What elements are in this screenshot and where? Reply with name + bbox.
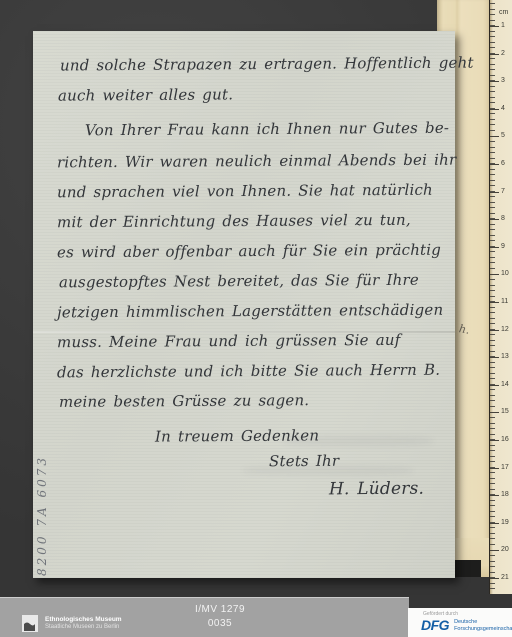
dfg-logo: DFG Deutsche Forschungsgemeinschaft xyxy=(421,617,512,633)
ruler-number: 21 xyxy=(501,574,512,581)
ruler-cm-tick xyxy=(490,247,499,248)
ruler-minor-tick xyxy=(490,20,495,21)
ruler-minor-tick xyxy=(490,152,495,153)
ruler-minor-tick xyxy=(490,307,495,308)
ruler-minor-tick xyxy=(490,64,495,65)
ruler-cm-tick xyxy=(490,54,499,55)
ruler-minor-tick xyxy=(490,533,495,534)
ruler-minor-tick xyxy=(490,527,495,528)
ruler-minor-tick xyxy=(490,472,495,473)
ruler-minor-tick xyxy=(490,340,495,341)
handwriting-line: auch weiter alles gut. xyxy=(58,85,233,104)
ruler-cm-tick xyxy=(490,578,499,579)
ruler-cm-tick xyxy=(490,81,499,82)
ruler-number: 19 xyxy=(501,519,512,526)
ruler-minor-tick xyxy=(490,235,495,236)
ruler-cm-tick xyxy=(490,468,499,469)
ruler-minor-tick xyxy=(490,69,495,70)
ruler-minor-tick xyxy=(490,3,495,4)
ruler-minor-tick xyxy=(490,279,495,280)
ruler-minor-tick xyxy=(490,461,495,462)
handwriting-line: es wird aber offenbar auch für Sie ein p… xyxy=(57,241,441,262)
ruler-minor-tick xyxy=(490,572,495,573)
ruler-number: 1 xyxy=(501,22,512,29)
ruler-cm-tick xyxy=(490,523,499,524)
reference-block: I/MV 1279 0035 xyxy=(120,604,320,629)
ruler-number: 11 xyxy=(501,298,512,305)
ruler-minor-tick xyxy=(490,180,495,181)
ruler-minor-tick xyxy=(490,566,495,567)
handwriting-line: mit der Einrichtung des Hauses viel zu t… xyxy=(57,211,411,231)
ruler-cm-tick xyxy=(490,109,499,110)
museum-logo-icon xyxy=(22,615,38,632)
ruler-number: 17 xyxy=(501,464,512,471)
ruler-number: 15 xyxy=(501,408,512,415)
ruler-minor-tick xyxy=(490,538,495,539)
ruler-minor-tick xyxy=(490,36,495,37)
ruler-number: 3 xyxy=(501,77,512,84)
ruler-minor-tick xyxy=(490,124,495,125)
ruler-cm-tick xyxy=(490,495,499,496)
ruler-minor-tick xyxy=(490,58,495,59)
funding-card: Gefördert durch DFG Deutsche Forschungsg… xyxy=(408,608,512,637)
handwriting-line: richten. Wir waren neulich einmal Abends… xyxy=(57,151,456,172)
ruler-minor-tick xyxy=(490,262,495,263)
museum-name: Ethnologisches Museum xyxy=(45,616,122,624)
ruler-minor-tick xyxy=(490,417,495,418)
handwriting-line: und solche Strapazen zu ertragen. Hoffen… xyxy=(60,54,474,75)
ruler-number: 4 xyxy=(501,105,512,112)
ruler-minor-tick xyxy=(490,450,495,451)
archive-photo: 32 h. cm 1234567891011121314151617181920… xyxy=(0,0,512,637)
ruler-minor-tick xyxy=(490,97,495,98)
museum-text: Ethnologisches Museum Staatliche Museen … xyxy=(45,616,122,631)
ruler-cm-tick xyxy=(490,412,499,413)
dfg-name-line2: Forschungsgemeinschaft xyxy=(454,626,512,633)
museum-subtitle: Staatliche Museen zu Berlin xyxy=(45,624,122,631)
ruler: cm 123456789101112131415161718192021 xyxy=(489,0,512,594)
ruler-minor-tick xyxy=(490,158,495,159)
ruler-minor-tick xyxy=(490,505,495,506)
ruler-number: 8 xyxy=(501,215,512,222)
ruler-cm-tick xyxy=(490,330,499,331)
ruler-minor-tick xyxy=(490,14,495,15)
closing-line: Stets Ihr xyxy=(269,452,339,470)
ruler-minor-tick xyxy=(490,351,495,352)
ruler-minor-tick xyxy=(490,185,495,186)
ruler-minor-tick xyxy=(490,268,495,269)
ruler-number: 18 xyxy=(501,491,512,498)
ruler-minor-tick xyxy=(490,169,495,170)
ruler-minor-tick xyxy=(490,202,495,203)
footer-bar: Ethnologisches Museum Staatliche Museen … xyxy=(0,597,409,637)
ruler-number: 7 xyxy=(501,188,512,195)
inventory-id: I/MV 1279 xyxy=(120,604,320,615)
ruler-minor-tick xyxy=(490,345,495,346)
museum-branding: Ethnologisches Museum Staatliche Museen … xyxy=(22,615,122,632)
pencil-note: h. xyxy=(458,322,471,337)
ruler-minor-tick xyxy=(490,9,495,10)
ruler-cm-tick xyxy=(490,136,499,137)
ruler-number: 6 xyxy=(501,160,512,167)
ruler-cm-tick xyxy=(490,164,499,165)
ruler-minor-tick xyxy=(490,588,495,589)
ruler-number: 10 xyxy=(501,270,512,277)
ruler-number: 13 xyxy=(501,353,512,360)
ruler-minor-tick xyxy=(490,395,495,396)
ruler-minor-tick xyxy=(490,516,495,517)
ruler-minor-tick xyxy=(490,213,495,214)
ruler-cm-tick xyxy=(490,550,499,551)
ruler-minor-tick xyxy=(490,367,495,368)
ruler-minor-tick xyxy=(490,31,495,32)
ruler-cm-tick xyxy=(490,357,499,358)
ruler-minor-tick xyxy=(490,511,495,512)
ruler-minor-tick xyxy=(490,373,495,374)
ruler-minor-tick xyxy=(490,561,495,562)
ruler-minor-tick xyxy=(490,290,495,291)
ruler-number: 12 xyxy=(501,326,512,333)
handwriting-line: meine besten Grüsse zu sagen. xyxy=(59,391,309,411)
ruler-minor-tick xyxy=(490,312,495,313)
ruler-minor-tick xyxy=(490,334,495,335)
ruler-minor-tick xyxy=(490,434,495,435)
handwriting-line: ausgestopftes Nest bereitet, das Sie für… xyxy=(59,271,419,292)
handwriting-line: muss. Meine Frau und ich grüssen Sie auf xyxy=(57,331,401,351)
clip-shadow xyxy=(455,560,481,577)
ruler-number: 9 xyxy=(501,243,512,250)
ruler-minor-tick xyxy=(490,229,495,230)
ruler-minor-tick xyxy=(490,423,495,424)
ruler-minor-tick xyxy=(490,489,495,490)
ruler-minor-tick xyxy=(490,75,495,76)
ruler-cm-tick xyxy=(490,274,499,275)
ruler-minor-tick xyxy=(490,296,495,297)
ruler-minor-tick xyxy=(490,323,495,324)
ruler-minor-tick xyxy=(490,130,495,131)
ruler-cm-tick xyxy=(490,192,499,193)
ruler-minor-tick xyxy=(490,91,495,92)
ruler-minor-tick xyxy=(490,400,495,401)
ruler-minor-tick xyxy=(490,251,495,252)
handwriting-line: Von Ihrer Frau kann ich Ihnen nur Gutes … xyxy=(85,119,449,140)
ruler-minor-tick xyxy=(490,174,495,175)
handwriting-line: jetzigen himmlischen Lagerstätten entsch… xyxy=(57,301,443,322)
ruler-minor-tick xyxy=(490,389,495,390)
ruler-minor-tick xyxy=(490,113,495,114)
ruler-minor-tick xyxy=(490,240,495,241)
ruler-minor-tick xyxy=(490,147,495,148)
ruler-minor-tick xyxy=(490,555,495,556)
ruler-number: 2 xyxy=(501,50,512,57)
ruler-cm-tick xyxy=(490,219,499,220)
dfg-wordmark: DFG xyxy=(421,617,449,633)
ruler-minor-tick xyxy=(490,428,495,429)
ruler-minor-tick xyxy=(490,500,495,501)
scan-viewer: 32 h. cm 1234567891011121314151617181920… xyxy=(0,0,512,637)
closing-line: In treuem Gedenken xyxy=(155,426,319,445)
ruler-minor-tick xyxy=(490,406,495,407)
letter-page: und solche Strapazen zu ertragen. Hoffen… xyxy=(33,31,455,578)
ruler-minor-tick xyxy=(490,362,495,363)
ruler-cm-tick xyxy=(490,302,499,303)
ruler-minor-tick xyxy=(490,207,495,208)
ruler-minor-tick xyxy=(490,583,495,584)
signature-line: H. Lüders. xyxy=(329,479,424,500)
margin-inventory-note: 8200 7A 6073 xyxy=(35,391,49,576)
handwriting-line: das herzlichste und ich bitte Sie auch H… xyxy=(57,361,440,382)
ruler-number: 14 xyxy=(501,381,512,388)
ruler-minor-tick xyxy=(490,285,495,286)
ruler-minor-tick xyxy=(490,318,495,319)
ruler-number: 20 xyxy=(501,546,512,553)
ruler-cm-tick xyxy=(490,26,499,27)
ruler-minor-tick xyxy=(490,141,495,142)
ruler-unit-label: cm xyxy=(499,9,508,16)
ruler-minor-tick xyxy=(490,102,495,103)
ruler-minor-tick xyxy=(490,196,495,197)
ruler-minor-tick xyxy=(490,224,495,225)
ruler-cm-tick xyxy=(490,385,499,386)
ruler-minor-tick xyxy=(490,86,495,87)
ruler-minor-tick xyxy=(490,445,495,446)
ruler-minor-tick xyxy=(490,478,495,479)
ruler-minor-tick xyxy=(490,483,495,484)
ruler-minor-tick xyxy=(490,119,495,120)
dfg-name: Deutsche Forschungsgemeinschaft xyxy=(454,619,512,632)
ruler-minor-tick xyxy=(490,456,495,457)
ruler-minor-tick xyxy=(490,42,495,43)
handwriting-line: und sprachen viel von Ihnen. Sie hat nat… xyxy=(57,181,433,202)
ruler-minor-tick xyxy=(490,544,495,545)
ruler-number: 16 xyxy=(501,436,512,443)
ruler-number: 5 xyxy=(501,132,512,139)
ruler-minor-tick xyxy=(490,378,495,379)
ruler-minor-tick xyxy=(490,47,495,48)
scan-page-number: 0035 xyxy=(120,618,320,629)
ruler-minor-tick xyxy=(490,257,495,258)
ruler-cm-tick xyxy=(490,440,499,441)
